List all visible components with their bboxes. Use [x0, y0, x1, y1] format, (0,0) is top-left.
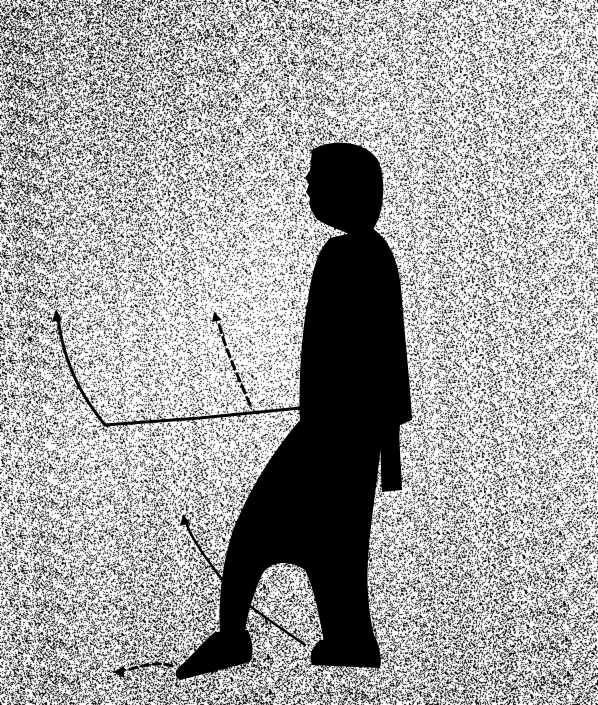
photo-scene: [0, 0, 598, 705]
legs: [220, 420, 382, 648]
foot-dashed-arrowhead: [114, 666, 124, 678]
right-hand-arrowhead: [212, 312, 222, 322]
stray-mark: [28, 337, 32, 341]
foot-dashed-arrow: [128, 664, 172, 670]
left-hand-arrow: [58, 318, 105, 425]
foot-arc-arrowhead: [180, 514, 190, 526]
head: [305, 143, 383, 238]
hands-path-line: [105, 408, 300, 425]
person-silhouette: [176, 143, 412, 680]
right-hand-arrow: [218, 320, 250, 405]
front-shoe: [176, 630, 253, 680]
back-shoe: [310, 636, 380, 668]
left-hand-arrowhead: [52, 309, 62, 322]
